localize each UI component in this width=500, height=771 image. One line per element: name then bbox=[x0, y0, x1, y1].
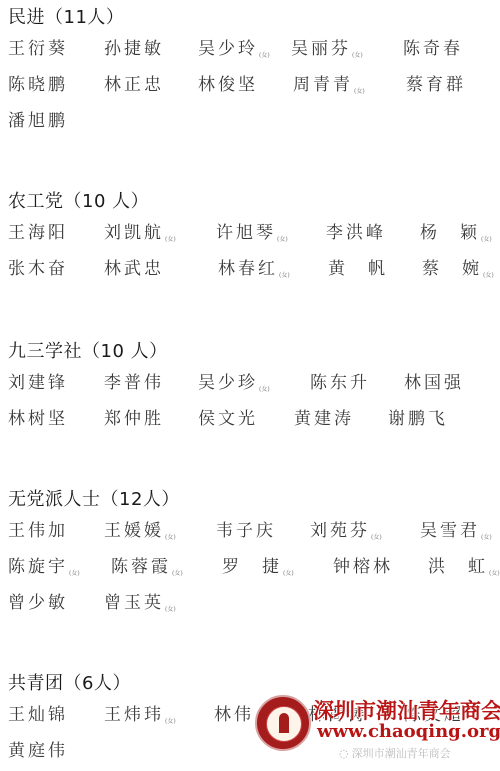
female-marker: (女) bbox=[481, 236, 492, 243]
member-name-text: 吴雪君 bbox=[420, 521, 480, 541]
member-name-text: 陈奇春 bbox=[403, 39, 463, 59]
member-name: 陈旋宇(女) bbox=[8, 550, 80, 591]
member-name-text: 侯文光 bbox=[198, 409, 258, 429]
member-name-text: 王炜玮 bbox=[104, 705, 164, 725]
name-row: 刘建锋李普伟吴少珍(女)陈东升林国强 bbox=[8, 366, 498, 402]
name-row: 王海阳刘凯航(女)许旭琴(女)李洪峰杨 颖(女) bbox=[8, 216, 498, 252]
member-name: 许旭琴(女) bbox=[216, 216, 288, 257]
name-row: 曾少敏曾玉英(女) bbox=[8, 586, 498, 622]
member-name: 刘凯航(女) bbox=[104, 216, 176, 257]
party-section: 农工党（10 人）王海阳刘凯航(女)许旭琴(女)李洪峰杨 颖(女)张木奋林武忠林… bbox=[8, 188, 498, 288]
member-name: 吴丽芬(女) bbox=[291, 32, 363, 73]
female-marker: (女) bbox=[69, 570, 80, 577]
member-name-text: 周青青 bbox=[293, 75, 353, 95]
member-name-text: 曾玉英 bbox=[104, 593, 164, 613]
member-name: 陈蓉霞(女) bbox=[111, 550, 183, 591]
wechat-account-name: 深圳市潮汕青年商会 bbox=[352, 747, 451, 760]
member-name-text: 韦子庆 bbox=[216, 521, 276, 541]
member-name-text: 谢鹏飞 bbox=[388, 409, 448, 429]
member-name-text: 林伟 bbox=[214, 705, 254, 725]
member-name-text: 林俊坚 bbox=[198, 75, 258, 95]
name-row: 林树坚郑仲胜侯文光黄建涛谢鹏飞 bbox=[8, 402, 498, 438]
member-name: 孙捷敏 bbox=[104, 32, 164, 66]
member-name: 林正忠 bbox=[104, 68, 164, 102]
female-marker: (女) bbox=[165, 606, 176, 613]
wechat-attribution: ◌深圳市潮汕青年商会 bbox=[339, 745, 451, 761]
member-name: 谢鹏飞 bbox=[388, 402, 448, 436]
member-name-text: 王海阳 bbox=[8, 223, 68, 243]
female-marker: (女) bbox=[371, 534, 382, 541]
member-name: 陈晓鹏 bbox=[8, 68, 68, 102]
member-name: 王伟加 bbox=[8, 514, 68, 548]
member-name: 韦子庆 bbox=[216, 514, 276, 548]
member-name-text: 刘建锋 bbox=[8, 373, 68, 393]
member-name-text: 林树坚 bbox=[8, 409, 68, 429]
member-name-text: 黄建涛 bbox=[294, 409, 354, 429]
member-name: 刘建锋 bbox=[8, 366, 68, 400]
female-marker: (女) bbox=[165, 718, 176, 725]
member-name-text: 吴丽芬 bbox=[291, 39, 351, 59]
seal-inner-ring bbox=[266, 706, 302, 742]
section-heading: 民进（11人） bbox=[8, 4, 498, 32]
member-name-text: 郑仲胜 bbox=[104, 409, 164, 429]
member-name-text: 王媛媛 bbox=[104, 521, 164, 541]
member-name-text: 刘凯航 bbox=[104, 223, 164, 243]
member-name: 王炜玮(女) bbox=[104, 698, 176, 739]
member-name-text: 洪 虹 bbox=[428, 557, 488, 577]
watermark-url: www.chaoqing.org bbox=[317, 721, 500, 742]
member-name: 王媛媛(女) bbox=[104, 514, 176, 555]
member-name: 吴雪君(女) bbox=[420, 514, 492, 555]
female-marker: (女) bbox=[279, 272, 290, 279]
member-name: 周青青(女) bbox=[293, 68, 365, 109]
member-name-text: 黄庭伟 bbox=[8, 741, 68, 761]
member-name-text: 许旭琴 bbox=[216, 223, 276, 243]
female-marker: (女) bbox=[172, 570, 183, 577]
member-name-text: 黄 帆 bbox=[328, 259, 388, 279]
member-name: 蔡育群 bbox=[406, 68, 466, 102]
member-name-text: 陈东升 bbox=[310, 373, 370, 393]
member-name: 黄建涛 bbox=[294, 402, 354, 436]
member-name: 洪 虹(女) bbox=[428, 550, 500, 591]
member-name-text: 吴少珍 bbox=[198, 373, 258, 393]
member-name-text: 林正忠 bbox=[104, 75, 164, 95]
member-name: 林武忠 bbox=[104, 252, 164, 286]
member-name: 王衍葵 bbox=[8, 32, 68, 66]
member-name-text: 张木奋 bbox=[8, 259, 68, 279]
member-name: 杨 颖(女) bbox=[420, 216, 492, 257]
member-name: 潘旭鹏 bbox=[8, 104, 68, 138]
female-marker: (女) bbox=[283, 570, 294, 577]
section-heading: 农工党（10 人） bbox=[8, 188, 498, 216]
female-marker: (女) bbox=[489, 570, 500, 577]
member-name-text: 杨 颖 bbox=[420, 223, 480, 243]
member-name: 李普伟 bbox=[104, 366, 164, 400]
name-row: 陈旋宇(女)陈蓉霞(女)罗 捷(女)钟榕林洪 虹(女) bbox=[8, 550, 498, 586]
party-section: 无党派人士（12人）王伟加王媛媛(女)韦子庆刘苑芬(女)吴雪君(女)陈旋宇(女)… bbox=[8, 486, 498, 622]
member-name-text: 陈晓鹏 bbox=[8, 75, 68, 95]
member-name-text: 孙捷敏 bbox=[104, 39, 164, 59]
wechat-icon: ◌ bbox=[339, 747, 349, 760]
member-name: 林树坚 bbox=[8, 402, 68, 436]
member-name: 林国强 bbox=[404, 366, 464, 400]
member-name: 王灿锦 bbox=[8, 698, 68, 732]
member-name-text: 蔡 婉 bbox=[422, 259, 482, 279]
chamber-seal-logo bbox=[255, 695, 311, 751]
member-name-text: 吴少玲 bbox=[198, 39, 258, 59]
member-name-text: 林武忠 bbox=[104, 259, 164, 279]
female-marker: (女) bbox=[165, 534, 176, 541]
member-name: 王海阳 bbox=[8, 216, 68, 250]
member-name-text: 王伟加 bbox=[8, 521, 68, 541]
member-name: 曾少敏 bbox=[8, 586, 68, 620]
seal-figure-icon bbox=[279, 713, 289, 733]
member-name-text: 蔡育群 bbox=[406, 75, 466, 95]
section-heading: 无党派人士（12人） bbox=[8, 486, 498, 514]
member-name: 陈奇春 bbox=[403, 32, 463, 66]
female-marker: (女) bbox=[483, 272, 494, 279]
female-marker: (女) bbox=[165, 236, 176, 243]
female-marker: (女) bbox=[354, 88, 365, 95]
member-name: 陈东升 bbox=[310, 366, 370, 400]
member-name-text: 李洪峰 bbox=[326, 223, 386, 243]
name-row: 王伟加王媛媛(女)韦子庆刘苑芬(女)吴雪君(女) bbox=[8, 514, 498, 550]
member-name-text: 陈旋宇 bbox=[8, 557, 68, 577]
member-name: 曾玉英(女) bbox=[104, 586, 176, 627]
member-name-text: 曾少敏 bbox=[8, 593, 68, 613]
member-name: 吴少珍(女) bbox=[198, 366, 270, 407]
member-name-text: 刘苑芬 bbox=[310, 521, 370, 541]
member-name-text: 钟榕林 bbox=[333, 557, 393, 577]
member-name: 林俊坚 bbox=[198, 68, 258, 102]
party-section: 民进（11人）王衍葵孙捷敏吴少玲(女)吴丽芬(女)陈奇春陈晓鹏林正忠林俊坚周青青… bbox=[8, 4, 498, 140]
member-name: 黄 帆 bbox=[328, 252, 388, 286]
member-name: 张木奋 bbox=[8, 252, 68, 286]
member-name-text: 陈蓉霞 bbox=[111, 557, 171, 577]
member-name: 林伟 bbox=[214, 698, 254, 732]
name-row: 陈晓鹏林正忠林俊坚周青青(女)蔡育群 bbox=[8, 68, 498, 104]
female-marker: (女) bbox=[352, 52, 363, 59]
female-marker: (女) bbox=[259, 386, 270, 393]
name-row: 潘旭鹏 bbox=[8, 104, 498, 140]
section-heading: 九三学社（10 人） bbox=[8, 338, 498, 366]
member-name: 侯文光 bbox=[198, 402, 258, 436]
name-row: 张木奋林武忠林春红(女)黄 帆蔡 婉(女) bbox=[8, 252, 498, 288]
member-name: 郑仲胜 bbox=[104, 402, 164, 436]
member-name-text: 罗 捷 bbox=[222, 557, 282, 577]
member-name: 钟榕林 bbox=[333, 550, 393, 584]
watermark: 深圳市潮汕青年商会 www.chaoqing.org ◌深圳市潮汕青年商会 bbox=[255, 693, 500, 763]
member-name: 罗 捷(女) bbox=[222, 550, 294, 591]
female-marker: (女) bbox=[277, 236, 288, 243]
member-name-text: 王灿锦 bbox=[8, 705, 68, 725]
female-marker: (女) bbox=[259, 52, 270, 59]
party-section: 九三学社（10 人）刘建锋李普伟吴少珍(女)陈东升林国强林树坚郑仲胜侯文光黄建涛… bbox=[8, 338, 498, 438]
member-name: 刘苑芬(女) bbox=[310, 514, 382, 555]
member-name-text: 王衍葵 bbox=[8, 39, 68, 59]
member-name-text: 潘旭鹏 bbox=[8, 111, 68, 131]
female-marker: (女) bbox=[481, 534, 492, 541]
name-row: 王衍葵孙捷敏吴少玲(女)吴丽芬(女)陈奇春 bbox=[8, 32, 498, 68]
member-name: 李洪峰 bbox=[326, 216, 386, 250]
member-name: 林春红(女) bbox=[218, 252, 290, 293]
member-name-text: 林春红 bbox=[218, 259, 278, 279]
member-name: 黄庭伟 bbox=[8, 734, 68, 768]
member-name-text: 林国强 bbox=[404, 373, 464, 393]
member-name: 蔡 婉(女) bbox=[422, 252, 494, 293]
member-name-text: 李普伟 bbox=[104, 373, 164, 393]
member-name: 吴少玲(女) bbox=[198, 32, 270, 73]
